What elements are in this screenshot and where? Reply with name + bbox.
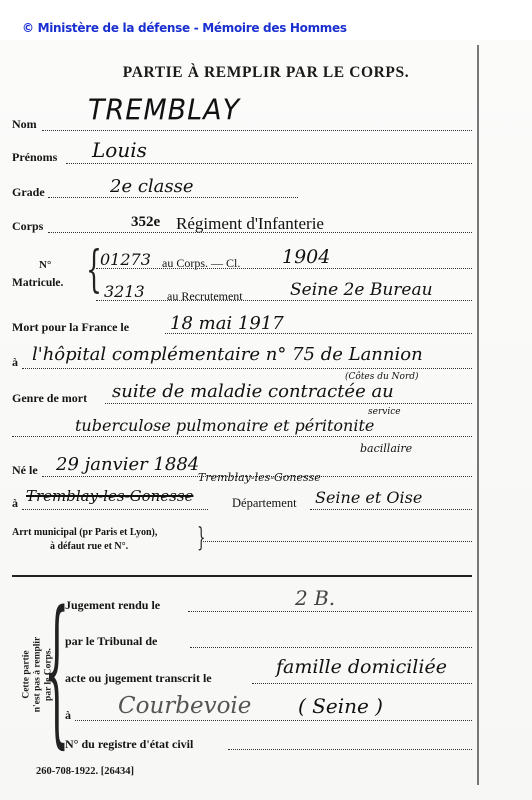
naissance-a-label: à: [12, 496, 18, 511]
card-border: [477, 45, 479, 785]
mort-lieu: l'hôpital complémentaire n° 75 de Lannio…: [32, 344, 423, 365]
matricule-label: Matricule.: [12, 277, 63, 289]
prenoms-label: Prénoms: [12, 150, 57, 165]
nom-line: [42, 130, 472, 131]
section-divider: [12, 575, 472, 577]
nom-label: Nom: [12, 117, 37, 132]
grade-label: Grade: [12, 185, 45, 200]
a-line: [75, 720, 472, 721]
transcrit-label: acte ou jugement transcrit le: [65, 671, 212, 686]
corps-value: Régiment d'Infanterie: [176, 214, 324, 234]
a-label: à: [65, 708, 71, 723]
side-note-line-2: n'est pas à remplir: [33, 637, 43, 713]
side-note-line-1: Cette partie: [22, 650, 32, 698]
departement-line: [310, 509, 472, 510]
print-reference: 260-708-1922. [26434]: [36, 766, 134, 777]
mort-a-label: à: [12, 355, 18, 370]
jugement-line: [188, 611, 472, 612]
classe-value: 1904: [282, 246, 330, 268]
matricule-corps-line: [96, 268, 472, 269]
genre-line-2: [12, 436, 472, 437]
civil-brace: {: [44, 590, 69, 750]
matricule-recrutement-number: 3213: [104, 282, 145, 301]
naissance-lieu-struck: Tremblay-les-Gonesse: [26, 487, 193, 505]
mort-date: 18 mai 1917: [170, 313, 284, 334]
matricule-no-label: N°: [39, 259, 51, 271]
grade-value: 2e classe: [110, 176, 194, 197]
copyright-watermark: © Ministère de la défense - Mémoire des …: [22, 21, 347, 35]
genre-value-2: tuberculose pulmonaire et péritonite: [75, 416, 374, 435]
matricule-corps-number: 01273: [100, 250, 151, 269]
corps-number: 352e: [131, 214, 160, 231]
arrondissement-brace: }: [197, 525, 205, 551]
naissance-label: Né le: [12, 463, 38, 478]
form-title: PARTIE À REMPLIR PAR LE CORPS.: [0, 64, 532, 82]
jugement-label: Jugement rendu le: [65, 598, 160, 613]
corps-label: Corps: [12, 219, 43, 234]
tribunal-label: par le Tribunal de: [65, 634, 157, 649]
prenoms-value: Louis: [92, 138, 147, 162]
matricule-recrutement-label: au Recrutement: [167, 289, 243, 304]
registre-label: N° du registre d'état civil: [65, 737, 193, 752]
transcrit-line: [252, 683, 472, 684]
tribunal-line: [190, 647, 472, 648]
matricule-corps-label: au Corps. — Cl.: [162, 256, 240, 271]
jugement-value: 2 B.: [295, 586, 335, 610]
a-value: Courbevoie: [118, 693, 251, 719]
a-note: ( Seine ): [298, 694, 383, 718]
arrondissement-label-1: Arrt municipal (pr Paris et Lyon),: [12, 527, 157, 538]
genre-label: Genre de mort: [12, 391, 87, 406]
grade-line: [48, 197, 298, 198]
registre-line: [228, 749, 472, 750]
recrutement-value: Seine 2e Bureau: [290, 280, 433, 300]
naissance-lieu-line: [22, 509, 208, 510]
genre-line-1: [105, 403, 472, 404]
arrondissement-line: [203, 541, 472, 542]
mort-label: Mort pour la France le: [12, 320, 129, 335]
prenoms-line: [66, 163, 472, 164]
nom-value: TREMBLAY: [88, 94, 240, 127]
genre-note-2: bacillaire: [360, 442, 412, 455]
departement-label: Département: [232, 496, 297, 511]
arrondissement-label-2: à défaut rue et N°.: [50, 541, 128, 552]
mort-lieu-line: [22, 368, 472, 369]
genre-value-1: suite de maladie contractée au: [112, 381, 394, 402]
naissance-date: 29 janvier 1884: [56, 454, 199, 475]
departement-value: Seine et Oise: [315, 488, 422, 507]
transcrit-value: famille domiciliée: [276, 656, 447, 678]
naissance-lieu-correction: Tremblay-les-Gonesse: [198, 471, 321, 484]
matricule-recrutement-line: [96, 300, 472, 301]
